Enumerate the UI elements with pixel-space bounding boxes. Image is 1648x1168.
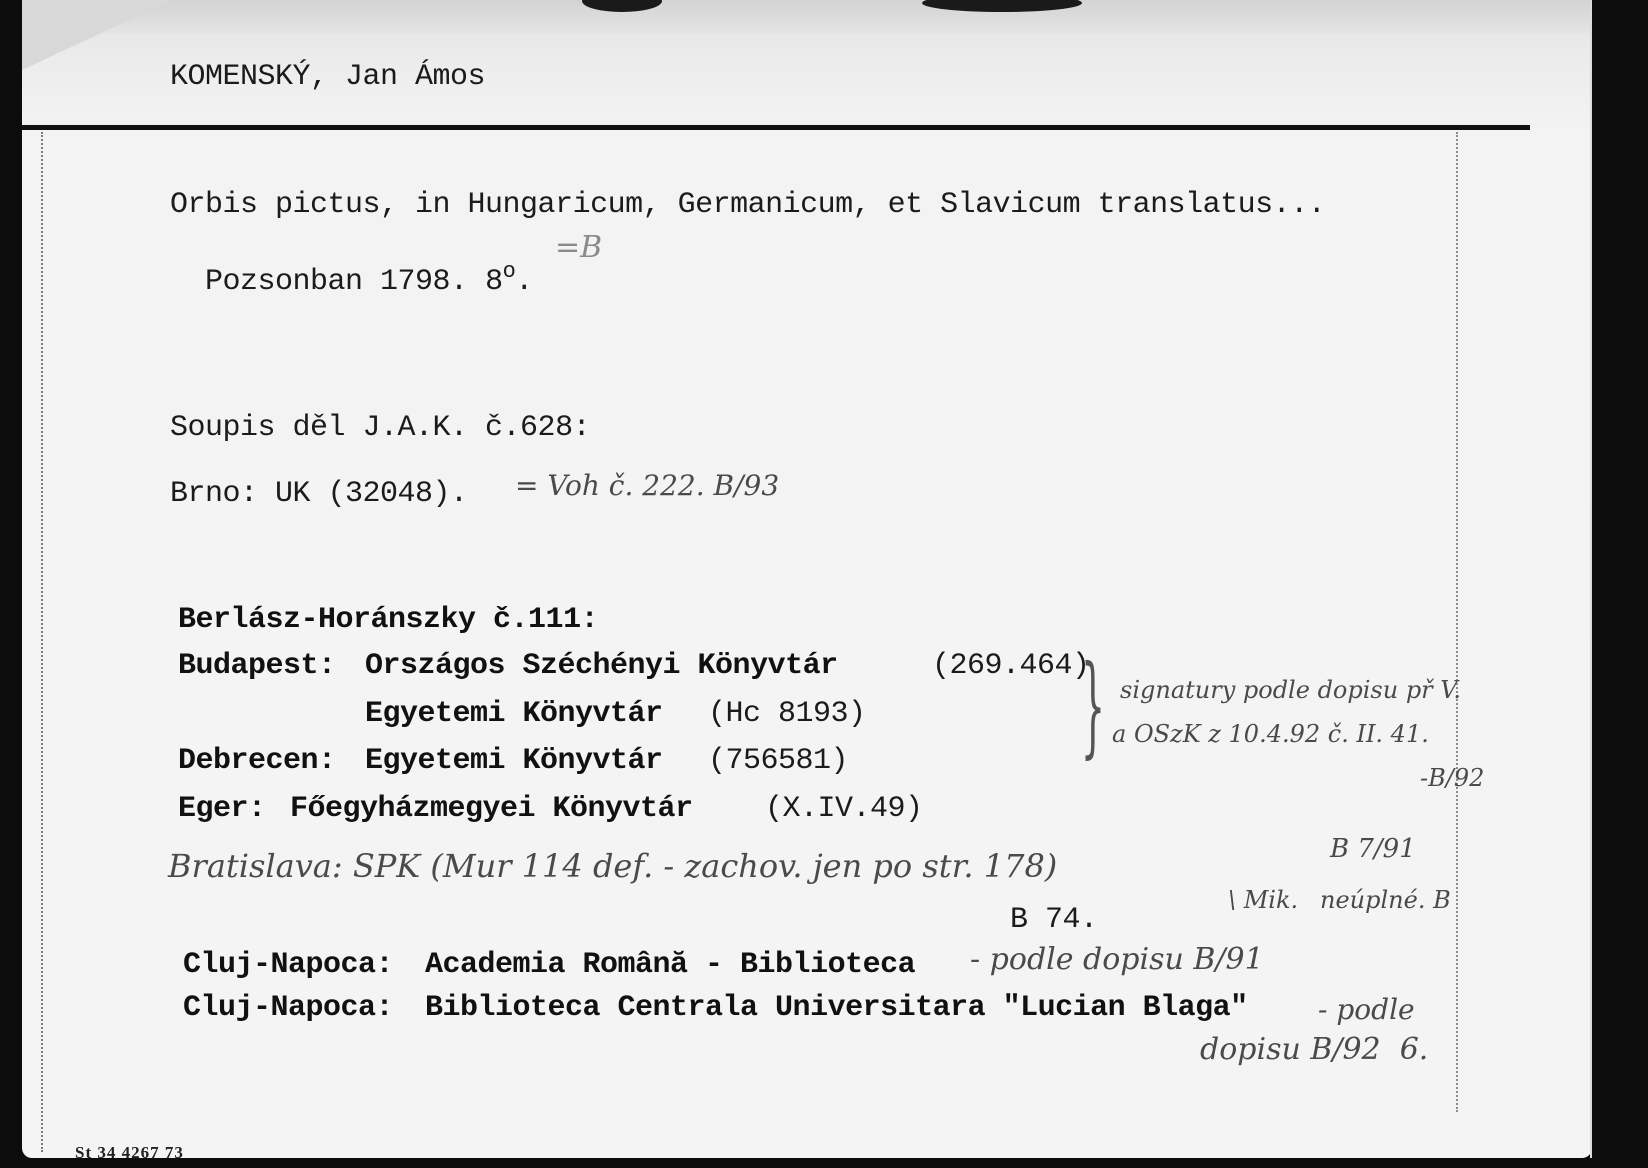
holding-city: Eger:	[178, 794, 266, 824]
format-superscript: o	[503, 259, 516, 284]
cluj2-annotation: dopisu B/92 6.	[1200, 1035, 1428, 1065]
cluj2-annotation: - podle	[1318, 996, 1415, 1024]
holding-city: Cluj-Napoca:	[183, 993, 393, 1023]
imprint-end: .	[515, 265, 533, 299]
holding-library: Főegyházmegyei Könyvtár	[290, 794, 693, 824]
catalog-card	[22, 0, 1592, 1158]
holdings-annotation: a OSzK z 10.4.92 č. II. 41.	[1112, 722, 1429, 746]
holding-shelfmark: (X.IV.49)	[765, 794, 923, 824]
holding-city: Debrecen:	[178, 746, 336, 776]
holdings-annotation: -B/92	[1420, 766, 1484, 790]
holding-library: Országos Széchényi Könyvtár	[365, 651, 838, 681]
bratislava-note: neúplné. B	[1320, 888, 1451, 912]
title-line-2: Pozsonban 1798. 8o.	[170, 237, 533, 297]
holding-library: Academia Română - Biblioteca	[425, 950, 915, 980]
berlasz-reference: Berlász-Horánszky č.111:	[178, 605, 598, 635]
torn-top-edge	[22, 0, 1592, 34]
curly-brace: }	[1081, 650, 1106, 760]
holding-shelfmark: (756581)	[708, 746, 848, 776]
holding-library: Biblioteca Centrala Universitara "Lucian…	[425, 993, 1248, 1023]
holding-library: Egyetemi Könyvtár	[365, 746, 663, 776]
bratislava-annotation: Bratislava: SPK (Mur 114 def. - zachov. …	[168, 850, 1057, 882]
brno-holding: Brno: UK (32048).	[170, 479, 468, 509]
title-annotation: =B	[555, 233, 602, 263]
margin-perforation-right	[1456, 132, 1458, 1112]
bratislava-note-prefix: \ Mik.	[1228, 888, 1298, 912]
card-print-code: St 34 4267 73	[75, 1143, 184, 1163]
imprint: Pozsonban 1798. 8	[205, 265, 503, 299]
author-heading: KOMENSKÝ, Jan Ámos	[170, 62, 485, 92]
brno-annotation: = Voh č. 222. B/93	[515, 472, 779, 500]
holding-shelfmark: (Hc 8193)	[708, 699, 866, 729]
heading-rule	[22, 125, 1530, 130]
soupis-reference: Soupis děl J.A.K. č.628:	[170, 413, 590, 443]
title-line-1: Orbis pictus, in Hungaricum, Germanicum,…	[170, 190, 1325, 220]
holding-city: Cluj-Napoca:	[183, 950, 393, 980]
b74-reference: B 74.	[1010, 905, 1098, 935]
holding-shelfmark: (269.464)	[932, 651, 1090, 681]
scan-border	[1592, 0, 1648, 1168]
folded-corner	[22, 0, 172, 70]
holdings-annotation: signatury podle dopisu př V.	[1120, 678, 1461, 702]
margin-perforation-left	[41, 132, 43, 1152]
holding-city: Budapest:	[178, 651, 336, 681]
cluj1-annotation: - podle dopisu B/91	[970, 945, 1264, 975]
bratislava-ref: B 7/91	[1330, 836, 1416, 862]
holding-library: Egyetemi Könyvtár	[365, 699, 663, 729]
